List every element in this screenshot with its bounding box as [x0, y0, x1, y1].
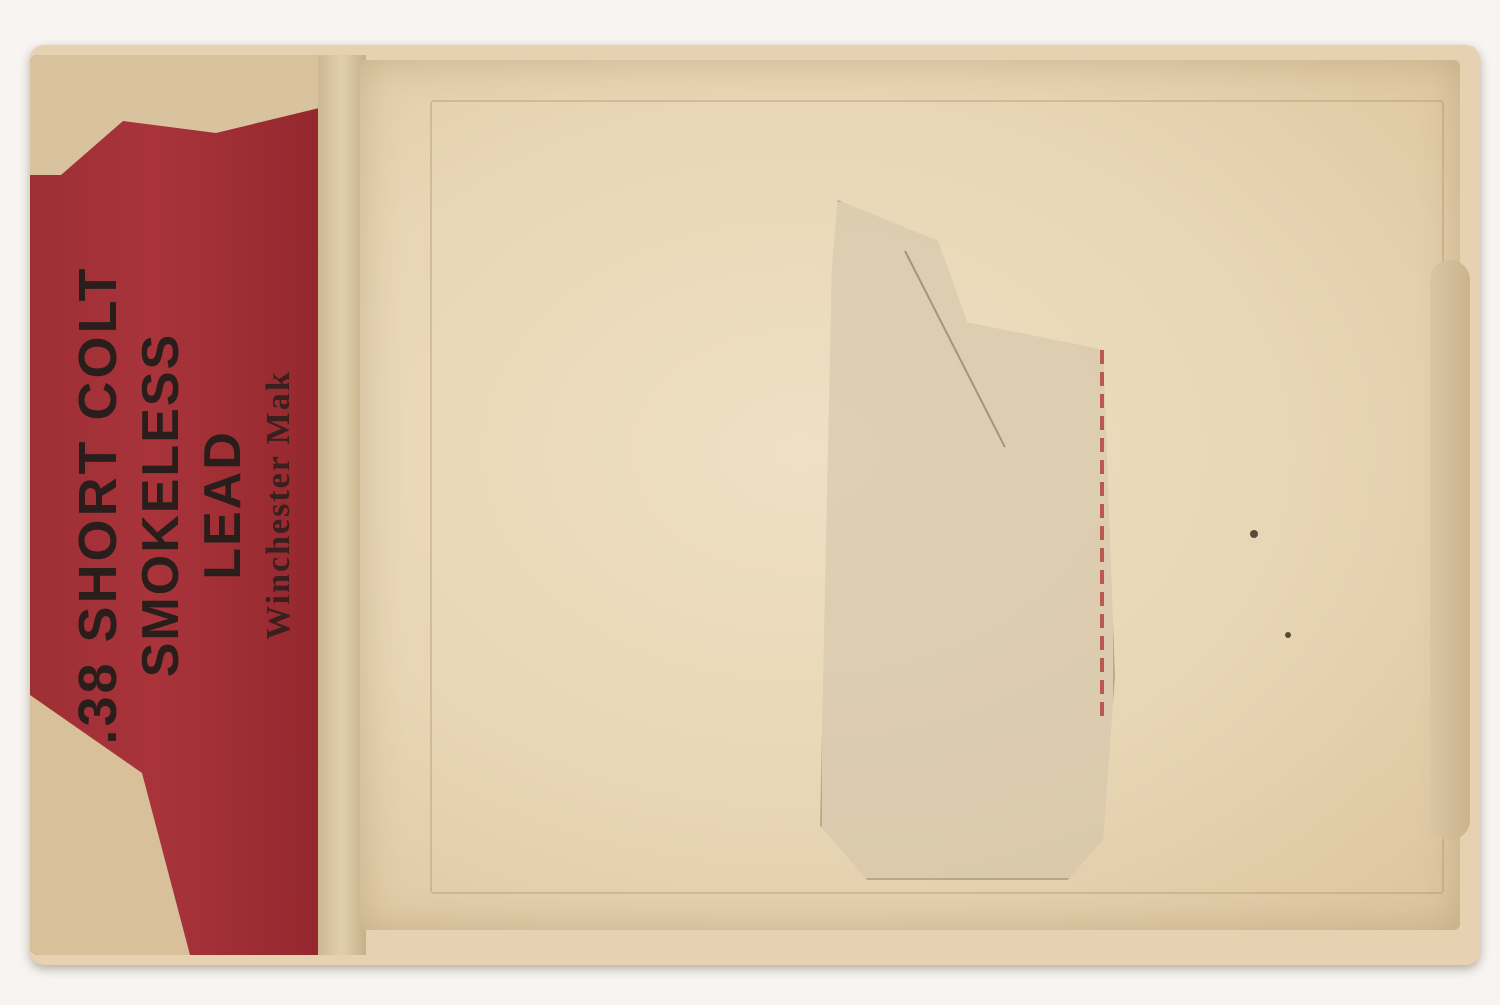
stain-spot: [1250, 530, 1258, 538]
manufacturer-text: Winchester Mak: [254, 265, 304, 744]
caliber-text: .38 SHORT COLT: [66, 265, 130, 744]
box-right-edge: [1430, 260, 1470, 840]
red-ink-mark: [1100, 350, 1104, 720]
stain-spot: [1285, 632, 1291, 638]
box-end-label: .38 SHORT COLT SMOKELESS LEAD Winchester…: [30, 55, 340, 955]
box-spine: [318, 55, 366, 955]
torn-label-top: [30, 55, 340, 175]
label-text-block: .38 SHORT COLT SMOKELESS LEAD Winchester…: [66, 265, 304, 744]
bullet-type-text: LEAD: [192, 265, 254, 744]
photo-scene: .38 SHORT COLT SMOKELESS LEAD Winchester…: [0, 0, 1500, 1005]
powder-type-text: SMOKELESS: [130, 265, 192, 744]
